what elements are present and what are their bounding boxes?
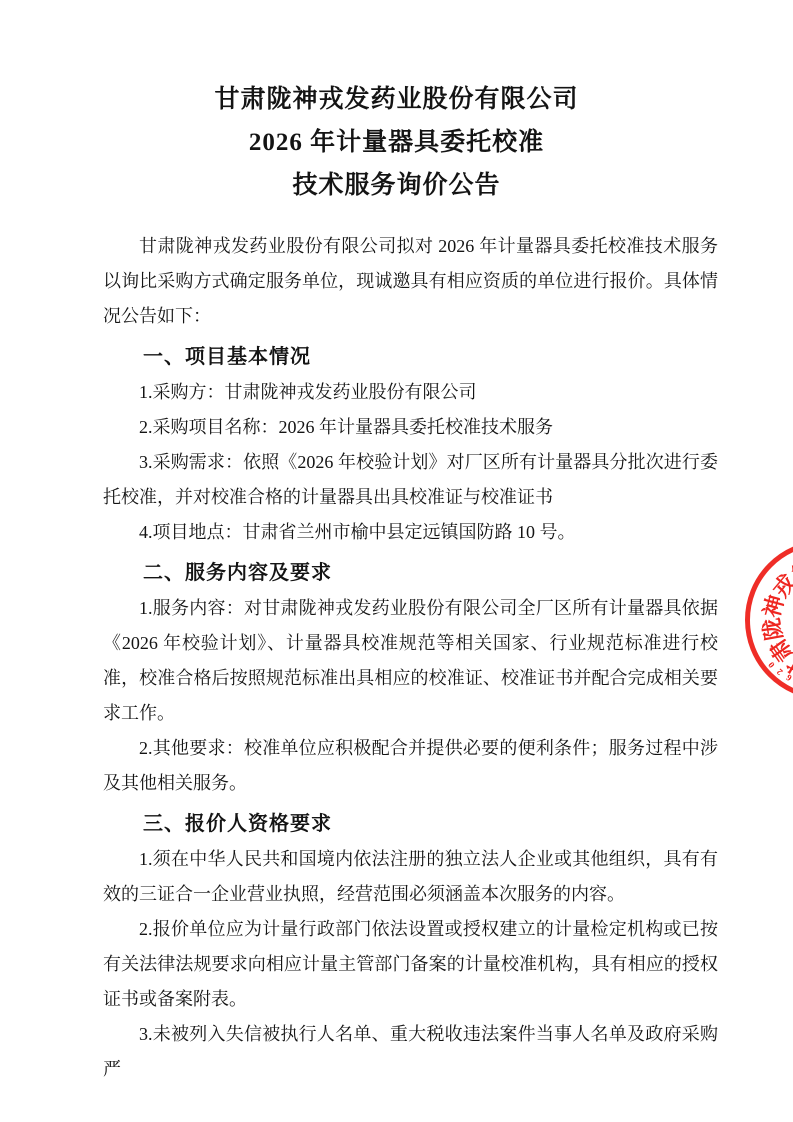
section-2-heading: 二、服务内容及要求: [103, 556, 718, 591]
document-title: 甘肃陇神戎发药业股份有限公司 2026 年计量器具委托校准 技术服务询价公告: [89, 78, 704, 207]
section-3-item-1: 1.须在中华人民共和国境内依法注册的独立法人企业或其他组织，具有有效的三证合一企…: [103, 842, 718, 912]
section-1-item-4: 4.项目地点：甘肃省兰州市榆中县定远镇国防路 10 号。: [103, 515, 718, 550]
title-line-1: 甘肃陇神戎发药业股份有限公司: [89, 78, 704, 121]
section-3-item-3: 3.未被列入失信被执行人名单、重大税收违法案件当事人名单及政府采购严: [103, 1017, 718, 1087]
document-page: 甘肃陇神戎发药业股份有限公司 2026 年计量器具委托校准 技术服务询价公告 甘…: [0, 0, 793, 1122]
section-1-item-3: 3.采购需求：依照《2026 年校验计划》对厂区所有计量器具分批次进行委托校准，…: [103, 445, 718, 515]
section-3-heading: 三、报价人资格要求: [103, 807, 718, 842]
section-1-heading: 一、项目基本情况: [103, 340, 718, 375]
section-2-item-2: 2.其他要求：校准单位应积极配合并提供必要的便利条件；服务过程中涉及其他相关服务…: [103, 731, 718, 801]
section-1-item-2: 2.采购项目名称：2026 年计量器具委托校准技术服务: [103, 410, 718, 445]
intro-paragraph: 甘肃陇神戎发药业股份有限公司拟对 2026 年计量器具委托校准技术服务以询比采购…: [103, 229, 718, 334]
section-1-item-1: 1.采购方：甘肃陇神戎发药业股份有限公司: [103, 375, 718, 410]
title-line-3: 技术服务询价公告: [89, 164, 704, 207]
section-2-item-1: 1.服务内容：对甘肃陇神戎发药业股份有限公司全厂区所有计量器具依据《2026 年…: [103, 591, 718, 731]
document-content: 甘肃陇神戎发药业股份有限公司 2026 年计量器具委托校准 技术服务询价公告 甘…: [0, 0, 793, 1087]
title-line-2: 2026 年计量器具委托校准: [89, 121, 704, 164]
section-3-item-2: 2.报价单位应为计量行政部门依法设置或授权建立的计量检定机构或已按有关法律法规要…: [103, 912, 718, 1017]
